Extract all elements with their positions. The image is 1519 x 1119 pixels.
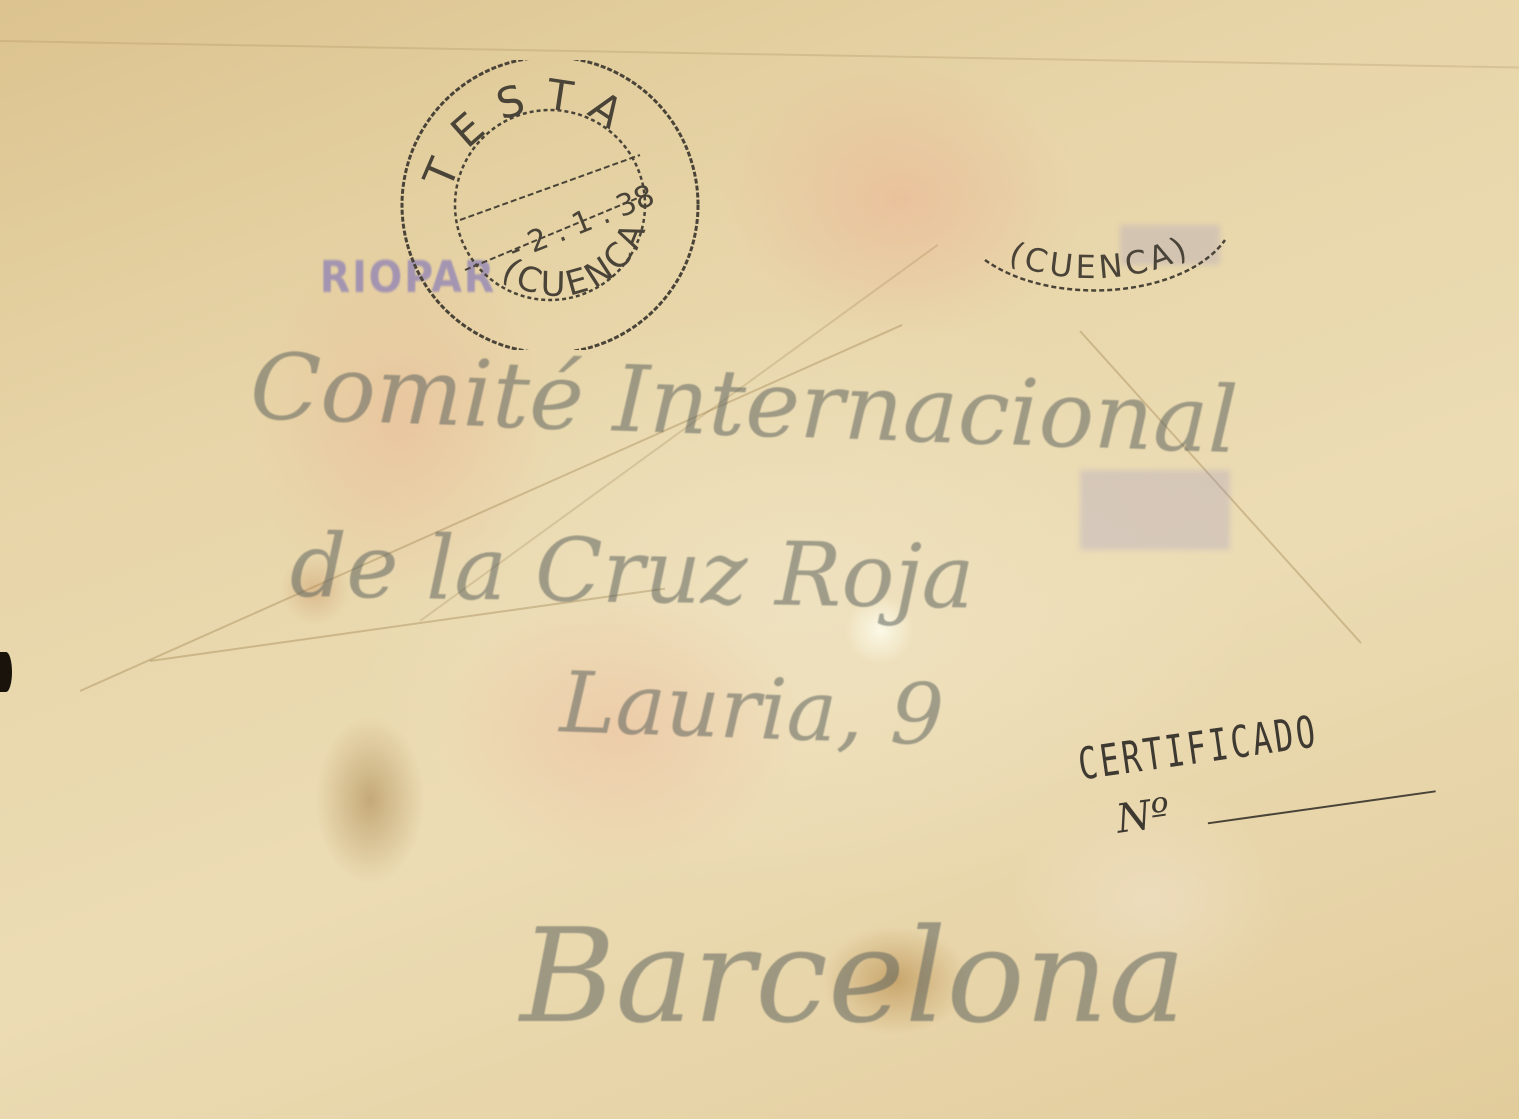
- address-line-3: Lauria, 9: [558, 653, 945, 764]
- registered-number-line: [1208, 790, 1436, 824]
- svg-text:TESTA: TESTA: [413, 69, 646, 195]
- address-line-1: Comité Internacional: [248, 333, 1239, 474]
- registered-label: CERTIFICADO: [1075, 706, 1321, 790]
- envelope: RIOPAR TESTA (CUENCA) - 2 . 1 . 38 (CUEN…: [0, 0, 1519, 1119]
- postmark-partial-cuenca: (CUENCA): [975, 190, 1235, 314]
- water-stain: [315, 715, 425, 885]
- registered-handstamp: CERTIFICADO Nº: [1075, 693, 1414, 790]
- address-line-4: Barcelona: [520, 900, 1186, 1052]
- address-line-2: de la Cruz Roja: [289, 514, 975, 629]
- paper-crease: [0, 40, 1519, 69]
- torn-hole: [0, 652, 12, 692]
- postmark-top-text: TESTA: [413, 69, 646, 195]
- violet-smudge: [1080, 470, 1230, 550]
- registered-number-label: Nº: [1113, 790, 1173, 843]
- postmark-testa: TESTA (CUENCA) - 2 . 1 . 38: [395, 60, 705, 354]
- postmark-partial-text: (CUENCA): [1004, 227, 1196, 286]
- svg-text:(CUENCA): (CUENCA): [1004, 227, 1196, 286]
